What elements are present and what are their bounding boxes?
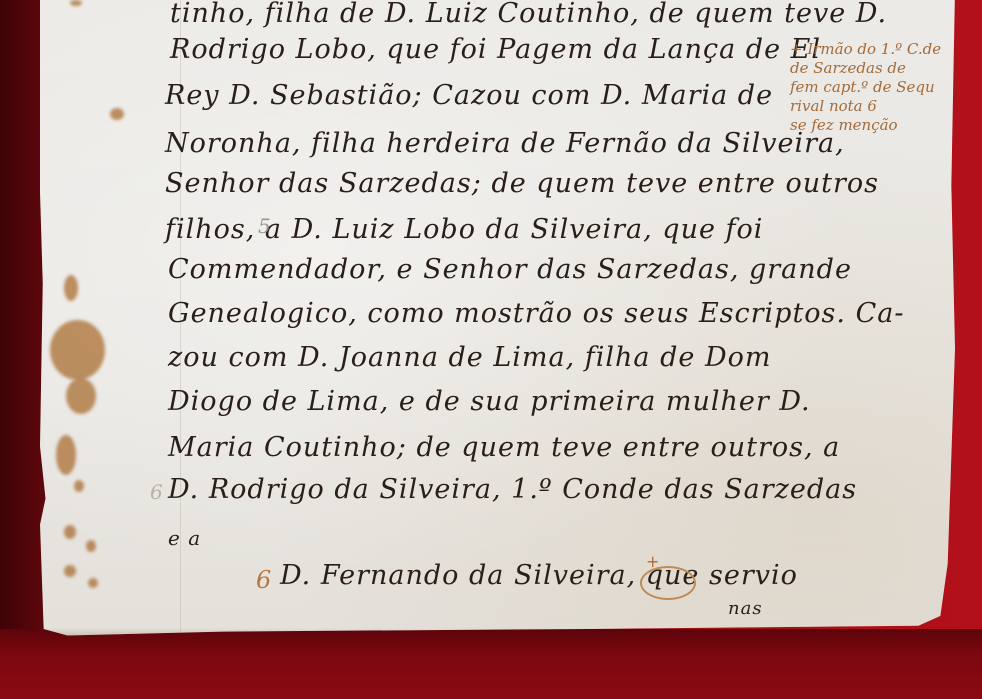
manuscript-line: Senhor das Sarzedas; de quem teve entre … xyxy=(165,168,879,199)
foxing-stain xyxy=(110,108,124,120)
manuscript-line: e a xyxy=(168,526,201,550)
genealogy-number: 6 xyxy=(256,566,271,594)
margin-annotation: + Irmão do 1.º C.de de Sarzedas de fem c… xyxy=(790,40,940,135)
margin-note-line: rival nota 6 xyxy=(790,97,940,116)
foxing-stain xyxy=(66,378,96,414)
manuscript-line: Rodrigo Lobo, que foi Pagem da Lança de … xyxy=(170,34,821,65)
manuscript-line: nas xyxy=(728,598,763,619)
foxing-stain xyxy=(74,480,84,492)
margin-note-line: se fez menção xyxy=(790,116,940,135)
foxing-stain xyxy=(64,275,78,301)
manuscript-line: tinho, filha de D. Luiz Coutinho, de que… xyxy=(170,0,887,29)
foxing-stain xyxy=(50,320,105,380)
genealogy-number: 6 xyxy=(150,480,163,504)
manuscript-line: D. Fernando da Silveira, que servio xyxy=(280,560,798,591)
annotation-circle xyxy=(640,566,696,600)
foxing-stain xyxy=(70,0,82,6)
genealogy-number: 5 xyxy=(258,214,271,238)
velvet-background xyxy=(0,629,982,699)
manuscript-line: Genealogico, como mostrão os seus Escrip… xyxy=(168,298,904,329)
margin-note-line: de Sarzedas de xyxy=(790,59,940,78)
manuscript-line: Commendador, e Senhor das Sarzedas, gran… xyxy=(168,254,852,285)
foxing-stain xyxy=(88,578,98,588)
foxing-stain xyxy=(64,565,76,577)
foxing-stain xyxy=(64,525,76,539)
manuscript-line: Noronha, filha herdeira de Fernão da Sil… xyxy=(165,128,845,159)
manuscript-line: D. Rodrigo da Silveira, 1.º Conde das Sa… xyxy=(168,474,857,505)
manuscript-line: Diogo de Lima, e de sua primeira mulher … xyxy=(168,386,811,417)
annotation-plus-mark: + xyxy=(646,552,659,571)
foxing-stain xyxy=(56,435,76,475)
manuscript-line: Rey D. Sebastião; Cazou com D. Maria de xyxy=(165,80,773,111)
manuscript-line: filhos, a D. Luiz Lobo da Silveira, que … xyxy=(165,214,763,245)
foxing-stain xyxy=(86,540,96,552)
margin-note-line: fem capt.º de Sequ xyxy=(790,78,940,97)
manuscript-line: Maria Coutinho; de quem teve entre outro… xyxy=(168,432,840,463)
margin-note-line: + Irmão do 1.º C.de xyxy=(790,40,940,59)
manuscript-line: zou com D. Joanna de Lima, filha de Dom xyxy=(168,342,771,373)
